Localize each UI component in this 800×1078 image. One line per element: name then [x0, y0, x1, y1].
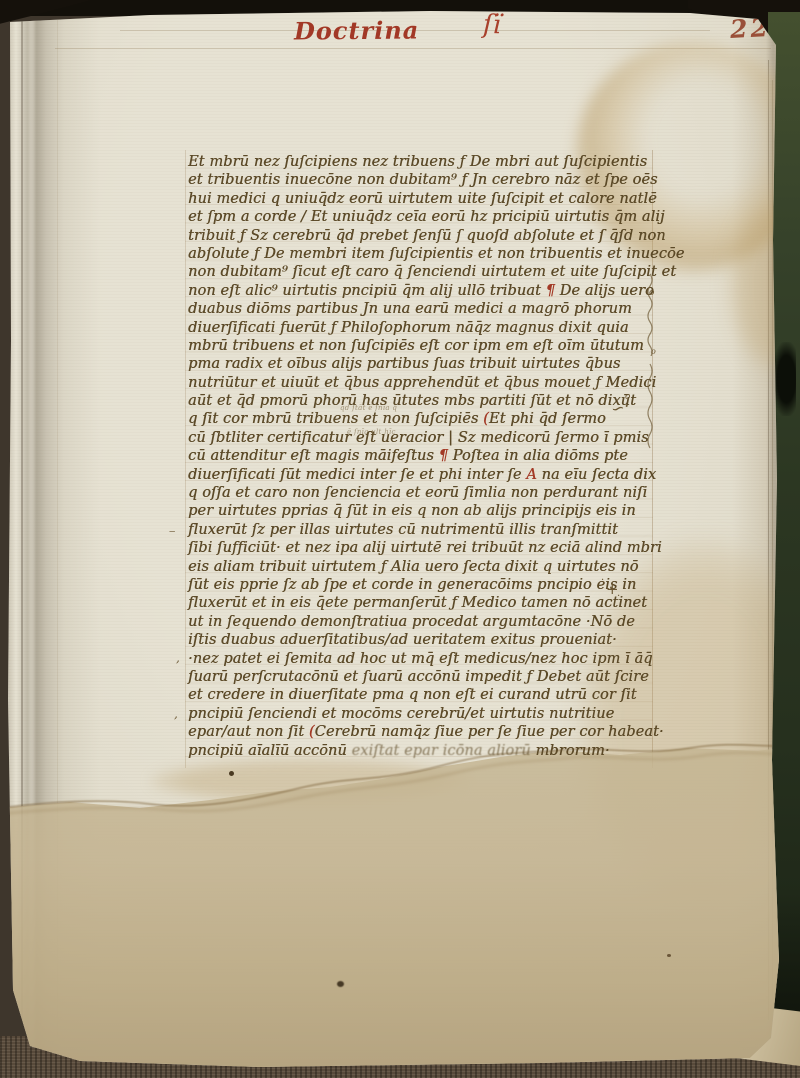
text-segment: hui medici q uniuq̄dz eorū uirtutem uite…	[188, 191, 657, 207]
text-line: ut in ſequendo demonſtratiua procedat ar…	[188, 613, 650, 631]
text-segment: diuerſificati fuerūt ƒ Philoſophorum nāq…	[188, 320, 629, 336]
margin-mark: ,	[176, 651, 180, 665]
text-line: abſolute ƒ De membri item ſuſcipientis e…	[188, 245, 650, 263]
text-line: epar/aut non ſit (Cerebrū namq̄z ſiue pe…	[188, 723, 650, 741]
text-line: tribuit ƒ Sz cerebrū q̄d prebet ſenſū ſ …	[188, 227, 650, 245]
text-line: pncipiū ſenciendi et mocōms cerebrū/et u…	[188, 705, 650, 723]
text-line: ſūt eis pprie ſz ab ſpe et corde in gene…	[188, 576, 650, 594]
text-line: q oſſa et caro non ſenciencia et eorū ſi…	[188, 484, 650, 502]
ink-speck	[337, 981, 344, 987]
text-segment: nutriūtur et uiuūt et q̄bus apprehendūt …	[188, 375, 656, 391]
text-segment: Poſtea in alia diōms pte	[448, 448, 628, 464]
text-segment: ſuarū perſcrutacōnū et ſuarū accōnū impe…	[188, 669, 649, 685]
text-segment: pncipiū ſenciendi et mocōms cerebrū/et u…	[188, 706, 614, 722]
text-segment: cū ſbtliter certificatur eſt ueracior | …	[188, 430, 649, 446]
text-segment: aūt et q̄d pmorū phorū has ūtutes mbs pa…	[188, 393, 636, 409]
top-ruling-line	[55, 48, 771, 49]
text-segment: Et mbrū nez ſuſcipiens nez tribuens ƒ De…	[188, 154, 647, 170]
text-line: eis aliam tribuit uirtutem ƒ Alia uero ſ…	[188, 558, 650, 576]
margin-mark: ·	[617, 591, 620, 602]
text-segment: Cerebrū namq̄z ſiue per ſe ſiue per cor …	[315, 724, 664, 740]
ink-speck	[229, 771, 234, 776]
text-segment: pma radix et oībus alijs partibus ſuas t…	[188, 356, 620, 372]
manuscript-photo: { "page": { "running_title": "Doctrina",…	[0, 0, 800, 1078]
text-line: et tribuentis inuecōne non dubitam⁹ ƒ Jn…	[188, 171, 650, 189]
text-line: duabus diōms partibus Jn una earū medici…	[188, 300, 650, 318]
text-segment: Et phi q̄d ſermo	[489, 411, 606, 427]
text-line: per uirtutes pprias q̄ ſūt in eis q non …	[188, 502, 650, 520]
text-segment: abſolute ƒ De membri item ſuſcipientis e…	[188, 246, 684, 262]
margin-mark: o	[649, 288, 654, 298]
text-line: non dubitam⁹ ſicut eſt caro q̄ ſenciendi…	[188, 263, 650, 281]
text-line: aūt et q̄d pmorū phorū has ūtutes mbs pa…	[188, 392, 650, 410]
manuscript-page: Doctrina ſï 22 Et mbrū nez ſuſcipiens ne…	[0, 0, 800, 1078]
text-line: non eſt alic⁹ uirtutis pncipiū q̄m alij …	[188, 282, 650, 300]
text-segment: diuerſificati ſūt medici inter ſe et phi…	[188, 467, 526, 483]
margin-mark: o	[651, 347, 656, 356]
text-line: Et mbrū nez ſuſcipiens nez tribuens ƒ De…	[188, 153, 650, 171]
rubric-mark: A	[526, 467, 537, 483]
text-line: mbrū tribuens et non ſuſcipiēs eſt cor i…	[188, 337, 650, 355]
text-segment: fluxerūt ſz per illas uirtutes cū nutrim…	[188, 522, 618, 538]
margin-mark: ,	[174, 707, 178, 721]
text-segment: ſūt eis pprie ſz ab ſpe et corde in gene…	[188, 577, 636, 593]
rubric-mark: ¶	[546, 283, 555, 299]
text-segment: ſibi ſufficiūt· et nez ipa alij uirtutē …	[188, 540, 662, 556]
quire-mark: ſï	[482, 10, 501, 41]
text-line: fluxerūt ſz per illas uirtutes cū nutrim…	[188, 521, 650, 539]
text-line: pncipiū aīalīū accōnū exiſtat epar icōna…	[188, 742, 650, 760]
text-segment: per uirtutes pprias q̄ ſūt in eis q non …	[188, 503, 636, 519]
text-line: q ſit cor mbrū tribuens et non ſuſcipiēs…	[188, 410, 650, 428]
text-segment: iſtis duabus aduerſitatibus/ad ueritatem…	[188, 632, 617, 648]
text-segment: ut in ſequendo demonſtratiua procedat ar…	[188, 614, 635, 630]
text-segment: et ſpm a corde / Et uniuq̄dz ceīa eorū h…	[188, 209, 665, 225]
text-line: diuerſificati ſūt medici inter ſe et phi…	[188, 466, 650, 484]
text-segment: pncipiū aīalīū accōnū	[188, 743, 352, 759]
running-title: Doctrina	[294, 15, 414, 45]
text-line: fluxerūt et in eis q̄ete permanſerūt ƒ M…	[188, 594, 650, 612]
text-segment: mbrū tribuens et non ſuſcipiēs eſt cor i…	[188, 338, 644, 354]
text-line: ·nez patet ei ſemita ad hoc ut mq̄ eſt m…	[188, 650, 650, 668]
text-lines: Et mbrū nez ſuſcipiens nez tribuens ƒ De…	[188, 153, 650, 760]
text-segment: et credere in diuerſitate pma q non eſt …	[188, 687, 637, 703]
text-segment: exiſtat epar icōna aliorū	[352, 743, 536, 759]
text-segment: q oſſa et caro non ſenciencia et eorū ſi…	[188, 485, 647, 501]
text-line: nutriūtur et uiuūt et q̄bus apprehendūt …	[188, 374, 650, 392]
text-line: cū ſbtliter certificatur eſt ueracior | …	[188, 429, 650, 447]
text-line: et credere in diuerſitate pma q non eſt …	[188, 686, 650, 704]
text-line: cū attenditur eſt magis māifeſtus ¶ Poſt…	[188, 447, 650, 465]
margin-mark: ·	[601, 575, 604, 586]
text-segment: De alijs uero	[555, 283, 654, 299]
text-segment: non eſt alic⁹ uirtutis pncipiū q̄m alij …	[188, 283, 546, 299]
text-segment: fluxerūt et in eis q̄ete permanſerūt ƒ M…	[188, 595, 647, 611]
text-segment: non dubitam⁹ ſicut eſt caro q̄ ſenciendi…	[188, 264, 676, 280]
text-segment: eis aliam tribuit uirtutem ƒ Alia uero ſ…	[188, 559, 639, 575]
text-segment: duabus diōms partibus Jn una earū medici…	[188, 301, 632, 317]
text-line: hui medici q uniuq̄dz eorū uirtutem uite…	[188, 190, 650, 208]
text-line: pma radix et oībus alijs partibus ſuas t…	[188, 355, 650, 373]
text-line: ſuarū perſcrutacōnū et ſuarū accōnū impe…	[188, 668, 650, 686]
text-line: iſtis duabus aduerſitatibus/ad ueritatem…	[188, 631, 650, 649]
text-segment: mbrorum·	[535, 743, 609, 759]
text-segment: epar/aut non ſit	[188, 724, 309, 740]
text-line: ſibi ſufficiūt· et nez ipa alij uirtutē …	[188, 539, 650, 557]
ink-speck	[667, 954, 671, 957]
text-line: diuerſificati fuerūt ƒ Philoſophorum nāq…	[188, 319, 650, 337]
text-segment: ·nez patet ei ſemita ad hoc ut mq̄ eſt m…	[188, 651, 653, 667]
text-segment: q ſit cor mbrū tribuens et non ſuſcipiēs	[188, 411, 483, 427]
text-segment: na eīu ſecta dix	[537, 467, 656, 483]
text-segment: cū attenditur eſt magis māifeſtus	[188, 448, 439, 464]
interlinear-gloss: ē ſnīa ult hīc	[347, 428, 396, 436]
interlinear-gloss: qd ſtāt ē ſnīa q̄	[340, 404, 397, 412]
rubric-mark: ¶	[439, 448, 448, 464]
text-segment: et tribuentis inuecōne non dubitam⁹ ƒ Jn…	[188, 172, 658, 188]
text-line: et ſpm a corde / Et uniuq̄dz ceīa eorū h…	[188, 208, 650, 226]
margin-mark: ‒	[169, 526, 175, 537]
text-segment: tribuit ƒ Sz cerebrū q̄d prebet ſenſū ſ …	[188, 228, 666, 244]
